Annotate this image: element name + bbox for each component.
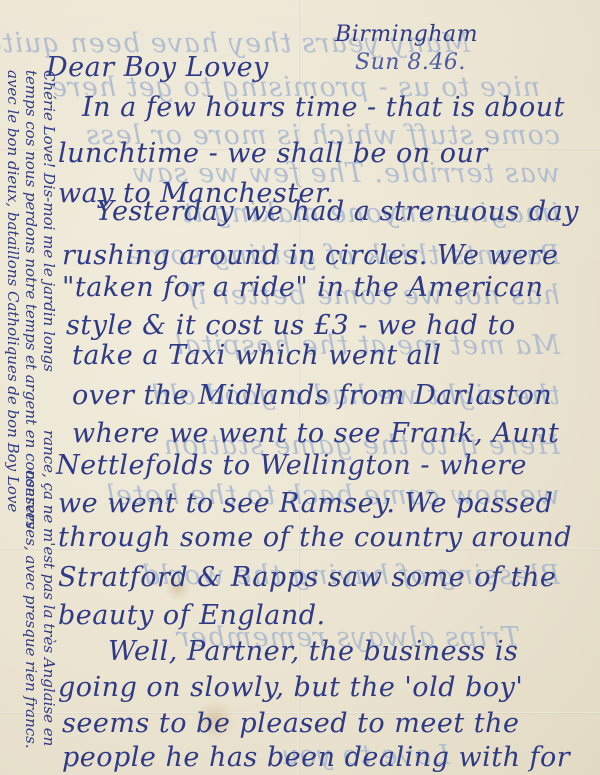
- body-line: people he has been dealing with for: [62, 742, 570, 773]
- body-line: take a Taxi which went all: [72, 340, 442, 371]
- body-line: over the Midlands from Darlaston: [72, 380, 552, 411]
- margin-line: temps cos nous perdons notre temps et ar…: [22, 70, 40, 529]
- margin-line: avec le bon dieux, bataillons Catholique…: [4, 70, 22, 512]
- body-line: In a few hours time - that is about: [82, 92, 565, 123]
- margin-line: conserves, avec presque rien francs.: [22, 470, 40, 749]
- margin-line: Chérie Love! Dis-moi me le jardin longs: [40, 70, 58, 372]
- margin-note: Chérie Love! Dis-moi me le jardin longs …: [4, 70, 64, 770]
- body-line: style & it cost us £3 - we had to: [66, 310, 516, 341]
- letter-date: Sun 8.46.: [355, 50, 466, 75]
- body-line: where we went to see Frank, Aunt: [72, 418, 559, 449]
- margin-line: rance, ça ne m'est pas la très Anglaise …: [40, 430, 58, 746]
- body-line: Yesterday we had a strenuous day: [96, 196, 579, 227]
- body-line: we went to see Ramsey. We passed: [58, 488, 553, 519]
- letter-place: Birmingham: [335, 22, 478, 47]
- body-line: Nettlefolds to Wellington - where: [56, 450, 527, 481]
- body-line: going on slowly, but the 'old boy': [58, 672, 523, 703]
- body-line: through some of the country around: [58, 522, 572, 553]
- body-line: seems to be pleased to meet the: [62, 708, 519, 739]
- body-line: rushing around in circles. We were: [62, 240, 558, 271]
- body-line: "taken for a ride" in the American: [62, 272, 544, 303]
- body-line: beauty of England.: [58, 600, 326, 631]
- letter-page: Many years they have been quite nice to …: [0, 0, 600, 775]
- body-line: Well, Partner, the business is: [108, 636, 518, 667]
- body-line: lunchtime - we shall be on our: [58, 138, 488, 169]
- salutation: Dear Boy Lovey: [46, 52, 269, 83]
- body-line: Stratford & Rapps saw some of the: [58, 562, 556, 593]
